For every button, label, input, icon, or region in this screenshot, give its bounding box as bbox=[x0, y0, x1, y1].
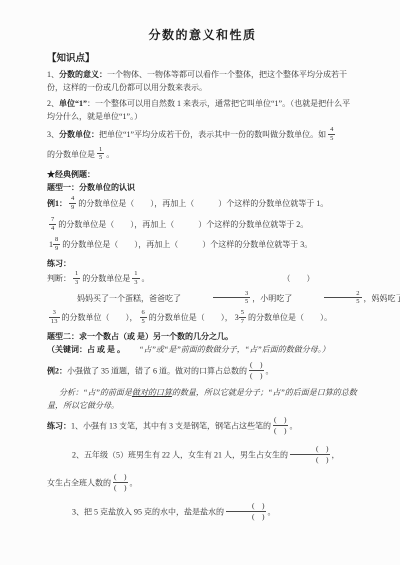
analysis-note: 分析：“占”的前面是做对的口算的数量，所以它就是分子；“占”的后面是口算的总数量… bbox=[47, 386, 358, 412]
text: 1、 bbox=[47, 70, 59, 79]
keyword-note: （关键词：占 或 是 。“占”或“是”前面的数做分子，“占”后面的数做分母。） bbox=[47, 343, 343, 356]
text: 。 bbox=[290, 421, 298, 430]
mixed-number: 357 bbox=[235, 309, 246, 326]
document-body: 【知识点】1、分数的意义：一个物体、一物体等都可以看作一个整体，把这个整体平均分… bbox=[47, 53, 358, 524]
fill-line: 313的分数单位（ ），65的分数单位是（ ），357的分数单位是（ ）。 bbox=[47, 309, 358, 328]
bold-text: 例1： bbox=[47, 199, 67, 208]
type2-header: 题型二：求一个数占（或 是）另一个数的几分之几。 bbox=[47, 330, 358, 343]
example1-line2: 74的分数单位是（ ），再加上（ ）个这样的分数单位就等于 2。 bbox=[47, 216, 358, 235]
blank-fraction: ( )( ) bbox=[113, 472, 128, 493]
knowledge-point-1: 1、分数的意义：一个物体、一物体等都可以看作一个整体，把这个整体平均分成若干份，… bbox=[47, 68, 358, 94]
text: 的分数单位是（ ），再加上（ ）个这样的分数单位就等于 1。 bbox=[78, 199, 328, 208]
mixed-number: 189 bbox=[49, 236, 60, 253]
practice2-item1: 练习：1、小强有 13 支笔，其中有 3 支是钢笔，钢笔占这些笔的( )( )。 bbox=[47, 415, 358, 438]
practice2-item2: 2、五年级（5）班男生有 22 人，女生有 21 人，男生占女生的( )( )， bbox=[47, 444, 358, 467]
worksheet-page: 分数的意义和性质 【知识点】1、分数的意义：一个物体、一物体等都可以看作一个整体… bbox=[0, 0, 400, 565]
fraction: 13 bbox=[132, 270, 139, 287]
bold-text: 题型二：求一个数占（或 是）另一个数的几分之几。 bbox=[47, 332, 233, 341]
text: 分析：“占”的前面是 bbox=[59, 388, 132, 397]
knowledge-points-header: 【知识点】 bbox=[47, 53, 358, 66]
fraction: 313 bbox=[49, 309, 60, 326]
blank-fraction: ( )( ) bbox=[273, 415, 288, 436]
spacer bbox=[150, 280, 283, 281]
text: ， bbox=[332, 451, 340, 460]
text: 的分数单位是 bbox=[47, 150, 95, 159]
text: 。 bbox=[268, 507, 276, 516]
bold-text: 分数单位： bbox=[59, 130, 99, 139]
text: （ ） bbox=[283, 274, 315, 283]
fraction: 45 bbox=[328, 126, 335, 143]
text: 2、 bbox=[47, 99, 59, 108]
page-title: 分数的意义和性质 bbox=[47, 26, 358, 43]
blank-fraction: ( )( ) bbox=[290, 444, 330, 465]
judge-line: 判断：13的分数单位是13。（ ） bbox=[47, 270, 358, 289]
bold-text: 单位“1” bbox=[59, 99, 87, 108]
example1-line1: 例1：49的分数单位是（ ），再加上（ ）个这样的分数单位就等于 1。 bbox=[47, 195, 358, 214]
text: 判断： bbox=[47, 274, 71, 283]
practice2-item2-cont: 女生占全班人数的( )( )。 bbox=[47, 472, 358, 495]
text: 的分数单位是 bbox=[82, 274, 130, 283]
blank-fraction: ( )( ) bbox=[249, 360, 264, 381]
text: ，妈妈吃了 bbox=[364, 294, 400, 303]
text: “占”或“是”前面的数做分子，“占”后面的数做分母。） bbox=[139, 345, 330, 354]
bold-text: 【知识点】 bbox=[47, 54, 95, 64]
example2-line: 例2：小强做了 35 道题，错了 6 道。做对的口算占总数的( )( )。 bbox=[47, 360, 358, 383]
text: 的分数单位是（ ），再加上（ ）个这样的分数单位就等于 3。 bbox=[62, 241, 312, 250]
spacer bbox=[125, 351, 139, 352]
type1-header: 题型一：分数单位的认识 bbox=[47, 181, 358, 194]
text: 。 bbox=[130, 478, 138, 487]
knowledge-point-3: 3、分数单位：把单位“1”平均分成若干份，表示其中一份的数叫做分数单位。如45 bbox=[47, 126, 358, 145]
classic-examples-header: ★经典例题： bbox=[47, 168, 358, 181]
fraction: 13 bbox=[73, 270, 80, 287]
text: 的分数单位是（ ）， bbox=[149, 313, 233, 322]
knowledge-point-3-cont: 的分数单位是15。 bbox=[47, 146, 358, 165]
bold-text: ★经典例题： bbox=[47, 170, 95, 179]
blank-fraction: ( )( ) bbox=[226, 501, 266, 522]
text: 做对的口算 bbox=[132, 388, 172, 397]
text: 3、 bbox=[47, 130, 59, 139]
text: 。 bbox=[142, 274, 150, 283]
text: 1、小强有 13 支笔，其中有 3 支是钢笔，钢笔占这些笔的 bbox=[71, 421, 271, 430]
practice1-header: 练习： bbox=[47, 257, 358, 270]
text: ：一个整体可以用自然数 1 来表示，通常把它叫单位“1”。（也就是把什么平均分什… bbox=[47, 99, 350, 121]
text: 妈妈买了一个蛋糕，爸爸吃了 bbox=[77, 294, 181, 303]
fraction: 35 bbox=[183, 290, 250, 307]
fraction: 65 bbox=[140, 309, 147, 326]
text: 女生占全班人数的 bbox=[47, 478, 111, 487]
fraction: 15 bbox=[97, 146, 104, 163]
text: 3、把 5 克盐放入 95 克的水中，盐是盐水的 bbox=[72, 507, 224, 516]
knowledge-point-2: 2、单位“1”：一个整体可以用自然数 1 来表示，通常把它叫单位“1”。（也就是… bbox=[47, 97, 358, 123]
bold-text: （关键词：占 或 是 。 bbox=[47, 345, 125, 354]
fraction: 25 bbox=[294, 290, 361, 307]
text: 的分数单位是（ ），再加上（ ）个这样的分数单位就等于 2。 bbox=[58, 220, 308, 229]
fraction: 74 bbox=[49, 216, 56, 233]
bold-text: 例2： bbox=[47, 366, 67, 375]
text: 的分数单位（ ）， bbox=[62, 313, 138, 322]
text: ，小明吃了 bbox=[252, 294, 292, 303]
example1-line3: 189的分数单位是（ ），再加上（ ）个这样的分数单位就等于 3。 bbox=[47, 236, 358, 255]
bold-text: 分数的意义： bbox=[59, 70, 107, 79]
bold-text: 题型一：分数单位的认识 bbox=[47, 183, 135, 192]
text: 。 bbox=[106, 150, 114, 159]
text: 。 bbox=[266, 366, 274, 375]
text: 2、五年级（5）班男生有 22 人，女生有 21 人，男生占女生的 bbox=[72, 451, 288, 460]
cake-line: 妈妈买了一个蛋糕，爸爸吃了35，小明吃了25，妈妈吃了15。（ ）填空： bbox=[47, 290, 358, 309]
practice2-item3: 3、把 5 克盐放入 95 克的水中，盐是盐水的( )( )。 bbox=[47, 501, 358, 524]
fraction: 49 bbox=[69, 195, 76, 212]
bold-text: 练习： bbox=[47, 421, 71, 430]
text: 小强做了 35 道题，错了 6 道。做对的口算占总数的 bbox=[67, 366, 247, 375]
text: 的分数单位是（ ）。 bbox=[248, 313, 332, 322]
text: 把单位“1”平均分成若干份，表示其中一份的数叫做分数单位。如 bbox=[99, 130, 326, 139]
bold-text: 练习： bbox=[47, 259, 71, 268]
